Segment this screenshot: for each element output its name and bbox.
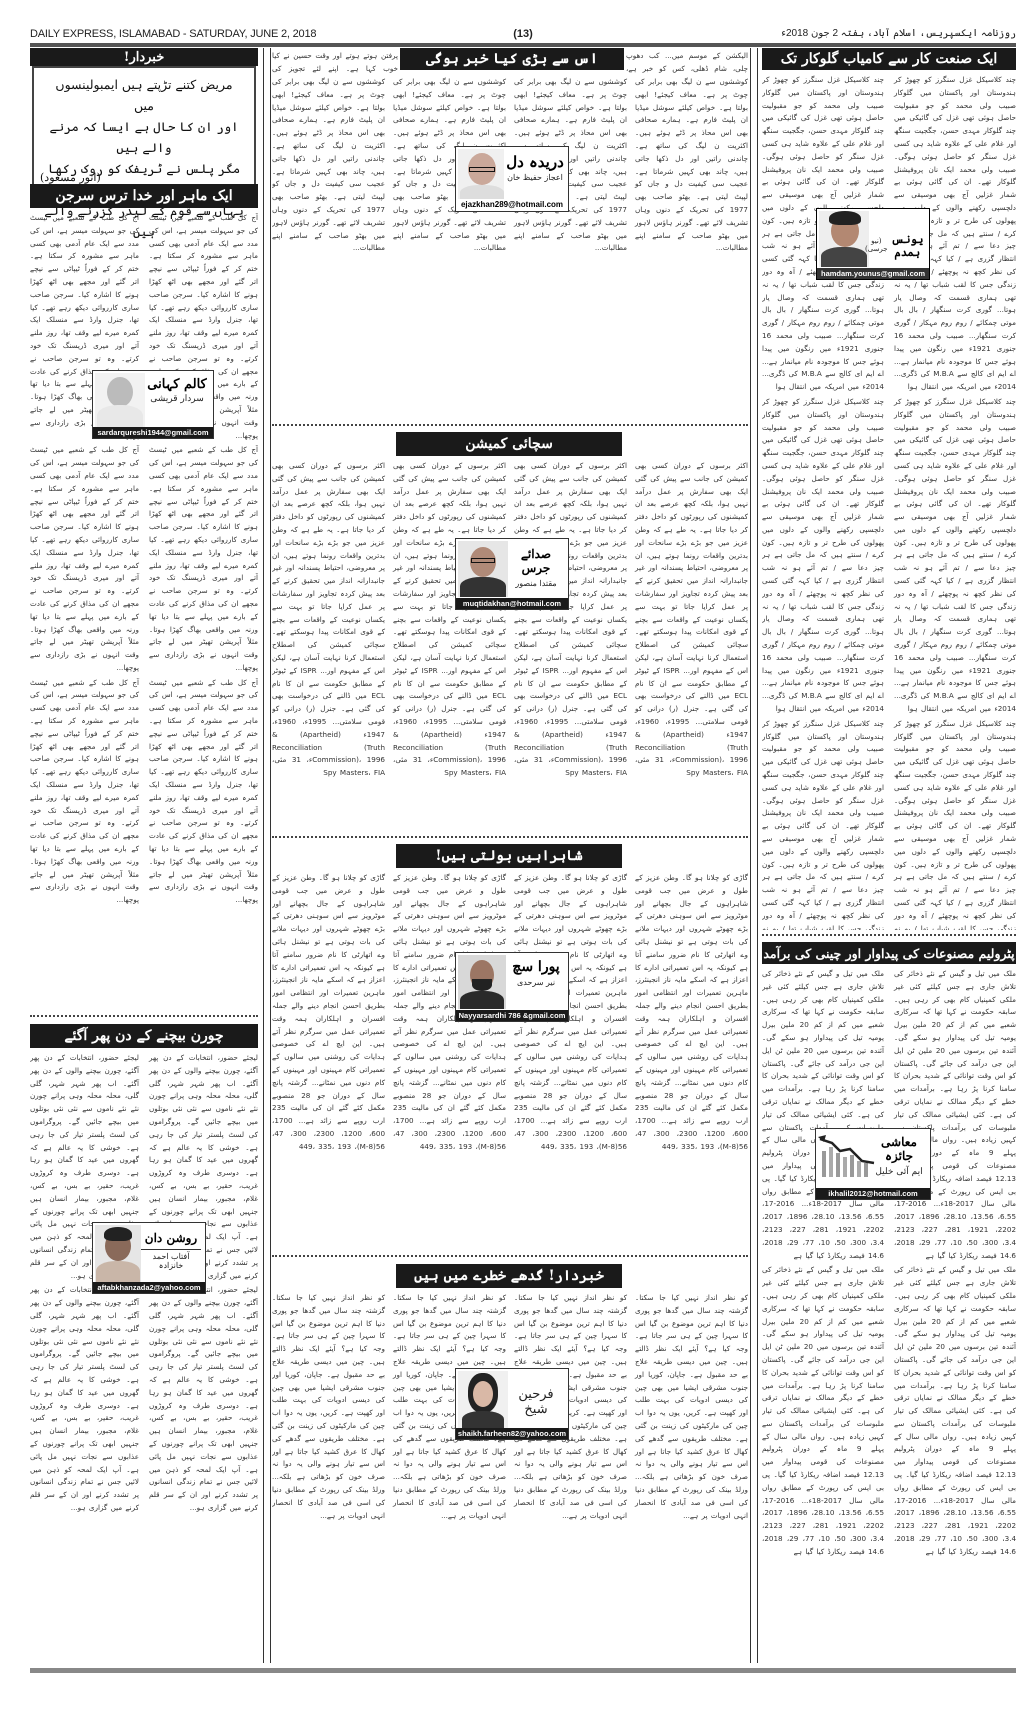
author-email: ejazkhan289@hotmail.com	[456, 199, 568, 211]
article-text: لیجئے حضور، انتخابات کے دن پھر آگئے، چور…	[149, 1284, 258, 1514]
sachai-article-body: اکثر برسوں کے دوران کسی بھی کمیشن کی جان…	[272, 460, 748, 820]
article-text: آج کل طب کے شعبے میں ٹیسٹ کی جو سہولت می…	[149, 677, 258, 907]
column-title: یونس ہمدم	[890, 233, 925, 259]
article-text: کو نظر انداز نہیں کیا جا سکتا۔ گزشتہ چند…	[272, 1292, 385, 1522]
section-divider	[272, 424, 748, 426]
author-email: sardarqureshi1944@gmail.com	[93, 427, 213, 438]
sachai-commission-headline: سچائی کمیشن	[465, 436, 553, 452]
byline-muqtida-mansoor: صدائے جرس مقتدا منصور muqtidakhan@hotmai…	[455, 538, 569, 610]
badi-khabar-headline: اس سے بڑی کیا خبر ہوگی	[426, 51, 598, 67]
author-photo	[95, 1225, 141, 1282]
article-headline: ایک صنعت کار سے کامیاب گلوکار تک	[762, 48, 1016, 70]
intro-text: پرفتن ہوتے ہوتے اور وقت حسین نے کیا خوب …	[272, 50, 398, 76]
column-title: دریدہ دل	[506, 153, 564, 171]
article-text: آج کل طب کے شعبے میں ٹیسٹ کی جو سہولت می…	[149, 444, 258, 674]
author-name: سردار قریشی	[145, 394, 209, 404]
article-text: چند کلاسیکل غزل سنگرز کو چھوڑ کر ہندوستا…	[762, 718, 884, 930]
column-title: معاشی جائزہ	[872, 1135, 926, 1163]
article-text: چند کلاسیکل غزل سنگرز کو چھوڑ کر ہندوستا…	[894, 718, 1016, 930]
column-title: صدائے جرس	[508, 547, 564, 575]
article-text: لیجئے حضور، انتخابات کے دن پھر آگئے، چور…	[30, 1284, 139, 1514]
article-text: اکثر برسوں کے دوران کسی بھی کمیشن کی جان…	[635, 460, 748, 780]
masthead-urdu-dateline: روزنامہ ایکسپریس، اسلام آباد، ہفتہ 2 جون…	[781, 28, 1016, 39]
article-text: اکثر برسوں کے دوران کسی بھی کمیشن کی جان…	[514, 460, 627, 780]
author-name: فرحین شیخ	[508, 1387, 564, 1417]
gadhe-headline: خبردار! گدھے خطرے میں ہیں	[414, 1268, 604, 1284]
byline-younus-hamdam: یونس ہمدم (نیو جرسی) hamdam.younus@gmail…	[816, 208, 930, 280]
petroleum-article-body: ملک میں تیل و گیس کے نئے ذخائر کی تلاش ج…	[762, 968, 1016, 1662]
growth-chart-icon	[818, 1133, 878, 1181]
khabardar-header: خبردار!	[30, 48, 258, 66]
article-text: گاڑی کو چلانا ہو گا۔ وطن عزیز کے طول و ع…	[635, 872, 748, 1154]
masthead: DAILY EXPRESS, ISLAMABAD - SATURDAY, JUN…	[30, 28, 1016, 42]
article-headline: شاہراہیں بولتی ہیں!	[396, 844, 622, 868]
author-email: muqtidakhan@hotmail.com	[456, 598, 568, 609]
author-photo	[458, 149, 504, 199]
byline-farheen-sheikh: فرحین شیخ shaikh.farheen82@yahoo.com	[455, 1368, 569, 1440]
author-name: آفتاب احمد خانزادہ	[141, 1249, 201, 1270]
chooran-headline: چورن بیچنے کے دن پھر آگئے	[64, 1028, 223, 1044]
author-email: ikhalil2012@hotmail.com	[816, 1188, 930, 1199]
byline-names: صدائے جرس مقتدا منصور	[508, 547, 564, 588]
surgeon-article-body: آج کل طب کے شعبے میں ٹیسٹ کی جو سہولت می…	[30, 212, 258, 1012]
article-headline: خبردار! گدھے خطرے میں ہیں	[396, 1264, 622, 1288]
author-name: اعجاز حفیظ خان	[506, 173, 564, 182]
article-text: کو نظر انداز نہیں کیا جا سکتا۔ گزشتہ چند…	[635, 1292, 748, 1522]
column-divider	[757, 48, 758, 1663]
byline-names: یونس ہمدم (نیو جرسی)	[865, 233, 925, 259]
top-intro-left: پرفتن ہوتے ہوتے اور وقت حسین نے کیا خوب …	[272, 50, 398, 76]
poem-line: اور ان کا حال ہے ایسا کہ مرنے والے ہیں	[44, 116, 244, 158]
article-text: کوششوں سے ن لیگ بھی برابر کی چوٹ پر ہے۔ …	[272, 76, 385, 255]
article-headline: چورن بیچنے کے دن پھر آگئے	[30, 1024, 258, 1048]
article-headline: پٹرولیم مصنوعات کی پیداوار اور چینی کی ب…	[762, 942, 1016, 964]
shahrahein-headline: شاہراہیں بولتی ہیں!	[435, 848, 582, 864]
chooran-article-body: لیجئے حضور، انتخابات کے دن پھر آگئے، چور…	[30, 1052, 258, 1662]
gulukar-headline: ایک صنعت کار سے کامیاب گلوکار تک	[781, 51, 998, 67]
article-text: اکثر برسوں کے دوران کسی بھی کمیشن کی جان…	[393, 460, 506, 780]
byline-sardar-qureshi: کالم کہانی سردار قریشی sardarqureshi1944…	[92, 370, 214, 439]
column-divider	[750, 48, 751, 1663]
intro-text: الیکشن کے موسم میں... کب دھوپ چلی، شام ڈ…	[626, 50, 748, 76]
article-headline: ایک ماہر اور خدا ترس سرجن	[30, 184, 258, 208]
khabardar-title: خبردار!	[124, 50, 165, 65]
author-name: مقتدا منصور	[508, 579, 564, 588]
section-divider	[762, 934, 1016, 936]
poem-box: مریض کتنے تڑپتے ہیں ایمبولینسوں میں اور …	[32, 66, 256, 190]
article-text: آج کل طب کے شعبے میں ٹیسٹ کی جو سہولت می…	[30, 677, 139, 907]
section-divider	[272, 1255, 748, 1257]
byline-names: پورا سچ نیر سرحدی	[508, 959, 564, 987]
poem-line: مریض کتنے تڑپتے ہیں ایمبولینسوں میں	[44, 74, 244, 116]
shahrahein-article-body: گاڑی کو چلانا ہو گا۔ وطن عزیز کے طول و ع…	[272, 872, 748, 1232]
byline-names: کالم کہانی سردار قریشی	[145, 377, 209, 404]
section-divider	[272, 836, 748, 838]
article-text: گاڑی کو چلانا ہو گا۔ وطن عزیز کے طول و ع…	[272, 872, 385, 1154]
author-photo	[458, 955, 506, 1009]
author-email: aftabkhanzada2@yahoo.com	[93, 1282, 205, 1293]
petroleum-headline: پٹرولیم مصنوعات کی پیداوار اور چینی کی ب…	[763, 946, 1014, 961]
column-divider	[270, 48, 271, 1663]
byline-names: دریدہ دل اعجاز حفیظ خان	[506, 153, 564, 182]
author-name: نیر سرحدی	[508, 978, 564, 987]
article-text: ملک میں تیل و گیس کے نئے ذخائر کی تلاش ج…	[894, 1264, 1016, 1558]
article-headline: سچائی کمیشن	[396, 432, 622, 456]
column-title: پورا سچ	[508, 959, 564, 975]
column-divider	[263, 48, 264, 1663]
byline-ejaz-hafeez-khan: دریدہ دل اعجاز حفیظ خان ejazkhan289@hotm…	[455, 146, 569, 212]
byline-names: معاشی جائزہ ایم آئی خلیل	[872, 1135, 926, 1177]
author-email: Nayyarsardhi 786 &gmail.com	[456, 1010, 568, 1021]
author-photo	[458, 541, 508, 597]
article-text: اکثر برسوں کے دوران کسی بھی کمیشن کی جان…	[272, 460, 385, 780]
surgeon-headline: ایک ماہر اور خدا ترس سرجن	[55, 188, 232, 204]
byline-names: روشن دان آفتاب احمد خانزادہ	[141, 1231, 201, 1270]
article-text: ملک میں تیل و گیس کے نئے ذخائر کی تلاش ج…	[762, 1264, 884, 1558]
article-text: آج کل طب کے شعبے میں ٹیسٹ کی جو سہولت می…	[30, 444, 139, 674]
gadhe-article-body: کو نظر انداز نہیں کیا جا سکتا۔ گزشتہ چند…	[272, 1292, 748, 1662]
article-text: کوششوں سے ن لیگ بھی برابر کی چوٹ پر ہے۔ …	[635, 76, 748, 255]
article-text: چند کلاسیکل غزل سنگرز کو چھوڑ کر ہندوستا…	[894, 396, 1016, 716]
byline-aftab-khanzada: روشن دان آفتاب احمد خانزادہ aftabkhanzad…	[92, 1222, 206, 1294]
author-name: (نیو جرسی)	[865, 237, 888, 253]
byline-names: فرحین شیخ	[508, 1387, 564, 1417]
author-photo	[95, 373, 145, 427]
author-email: hamdam.younus@gmail.com	[817, 268, 929, 279]
gulukar-article-body: چند کلاسیکل غزل سنگرز کو چھوڑ کر ہندوستا…	[762, 74, 1016, 930]
article-headline: اس سے بڑی کیا خبر ہوگی	[400, 48, 624, 70]
poem-author: (انور مسعود)	[40, 171, 101, 184]
author-email: shaikh.farheen82@yahoo.com	[456, 1428, 568, 1439]
top-rule	[30, 43, 1016, 47]
column-title: کالم کہانی	[145, 377, 209, 392]
byline-nayyar-sarhadi: پورا سچ نیر سرحدی Nayyarsardhi 786 &gmai…	[455, 952, 569, 1022]
byline-mi-khalil: معاشی جائزہ ایم آئی خلیل ikhalil2012@hot…	[815, 1128, 931, 1200]
article-text: ملک میں تیل و گیس کے نئے ذخائر کی تلاش ج…	[894, 968, 1016, 1262]
author-photo	[819, 211, 869, 267]
top-intro-right: الیکشن کے موسم میں... کب دھوپ چلی، شام ڈ…	[626, 50, 748, 76]
bottom-rule	[30, 1668, 1016, 1673]
article-text: چند کلاسیکل غزل سنگرز کو چھوڑ کر ہندوستا…	[762, 396, 884, 716]
author-name: ایم آئی خلیل	[872, 1167, 926, 1177]
badi-khabar-article-body: کوششوں سے ن لیگ بھی برابر کی چوٹ پر ہے۔ …	[272, 76, 748, 420]
column-title: روشن دان	[141, 1231, 201, 1245]
author-photo	[458, 1371, 508, 1429]
section-divider	[30, 1015, 258, 1017]
article-text: ملک میں تیل و گیس کے نئے ذخائر کی تلاش ج…	[762, 968, 884, 1262]
